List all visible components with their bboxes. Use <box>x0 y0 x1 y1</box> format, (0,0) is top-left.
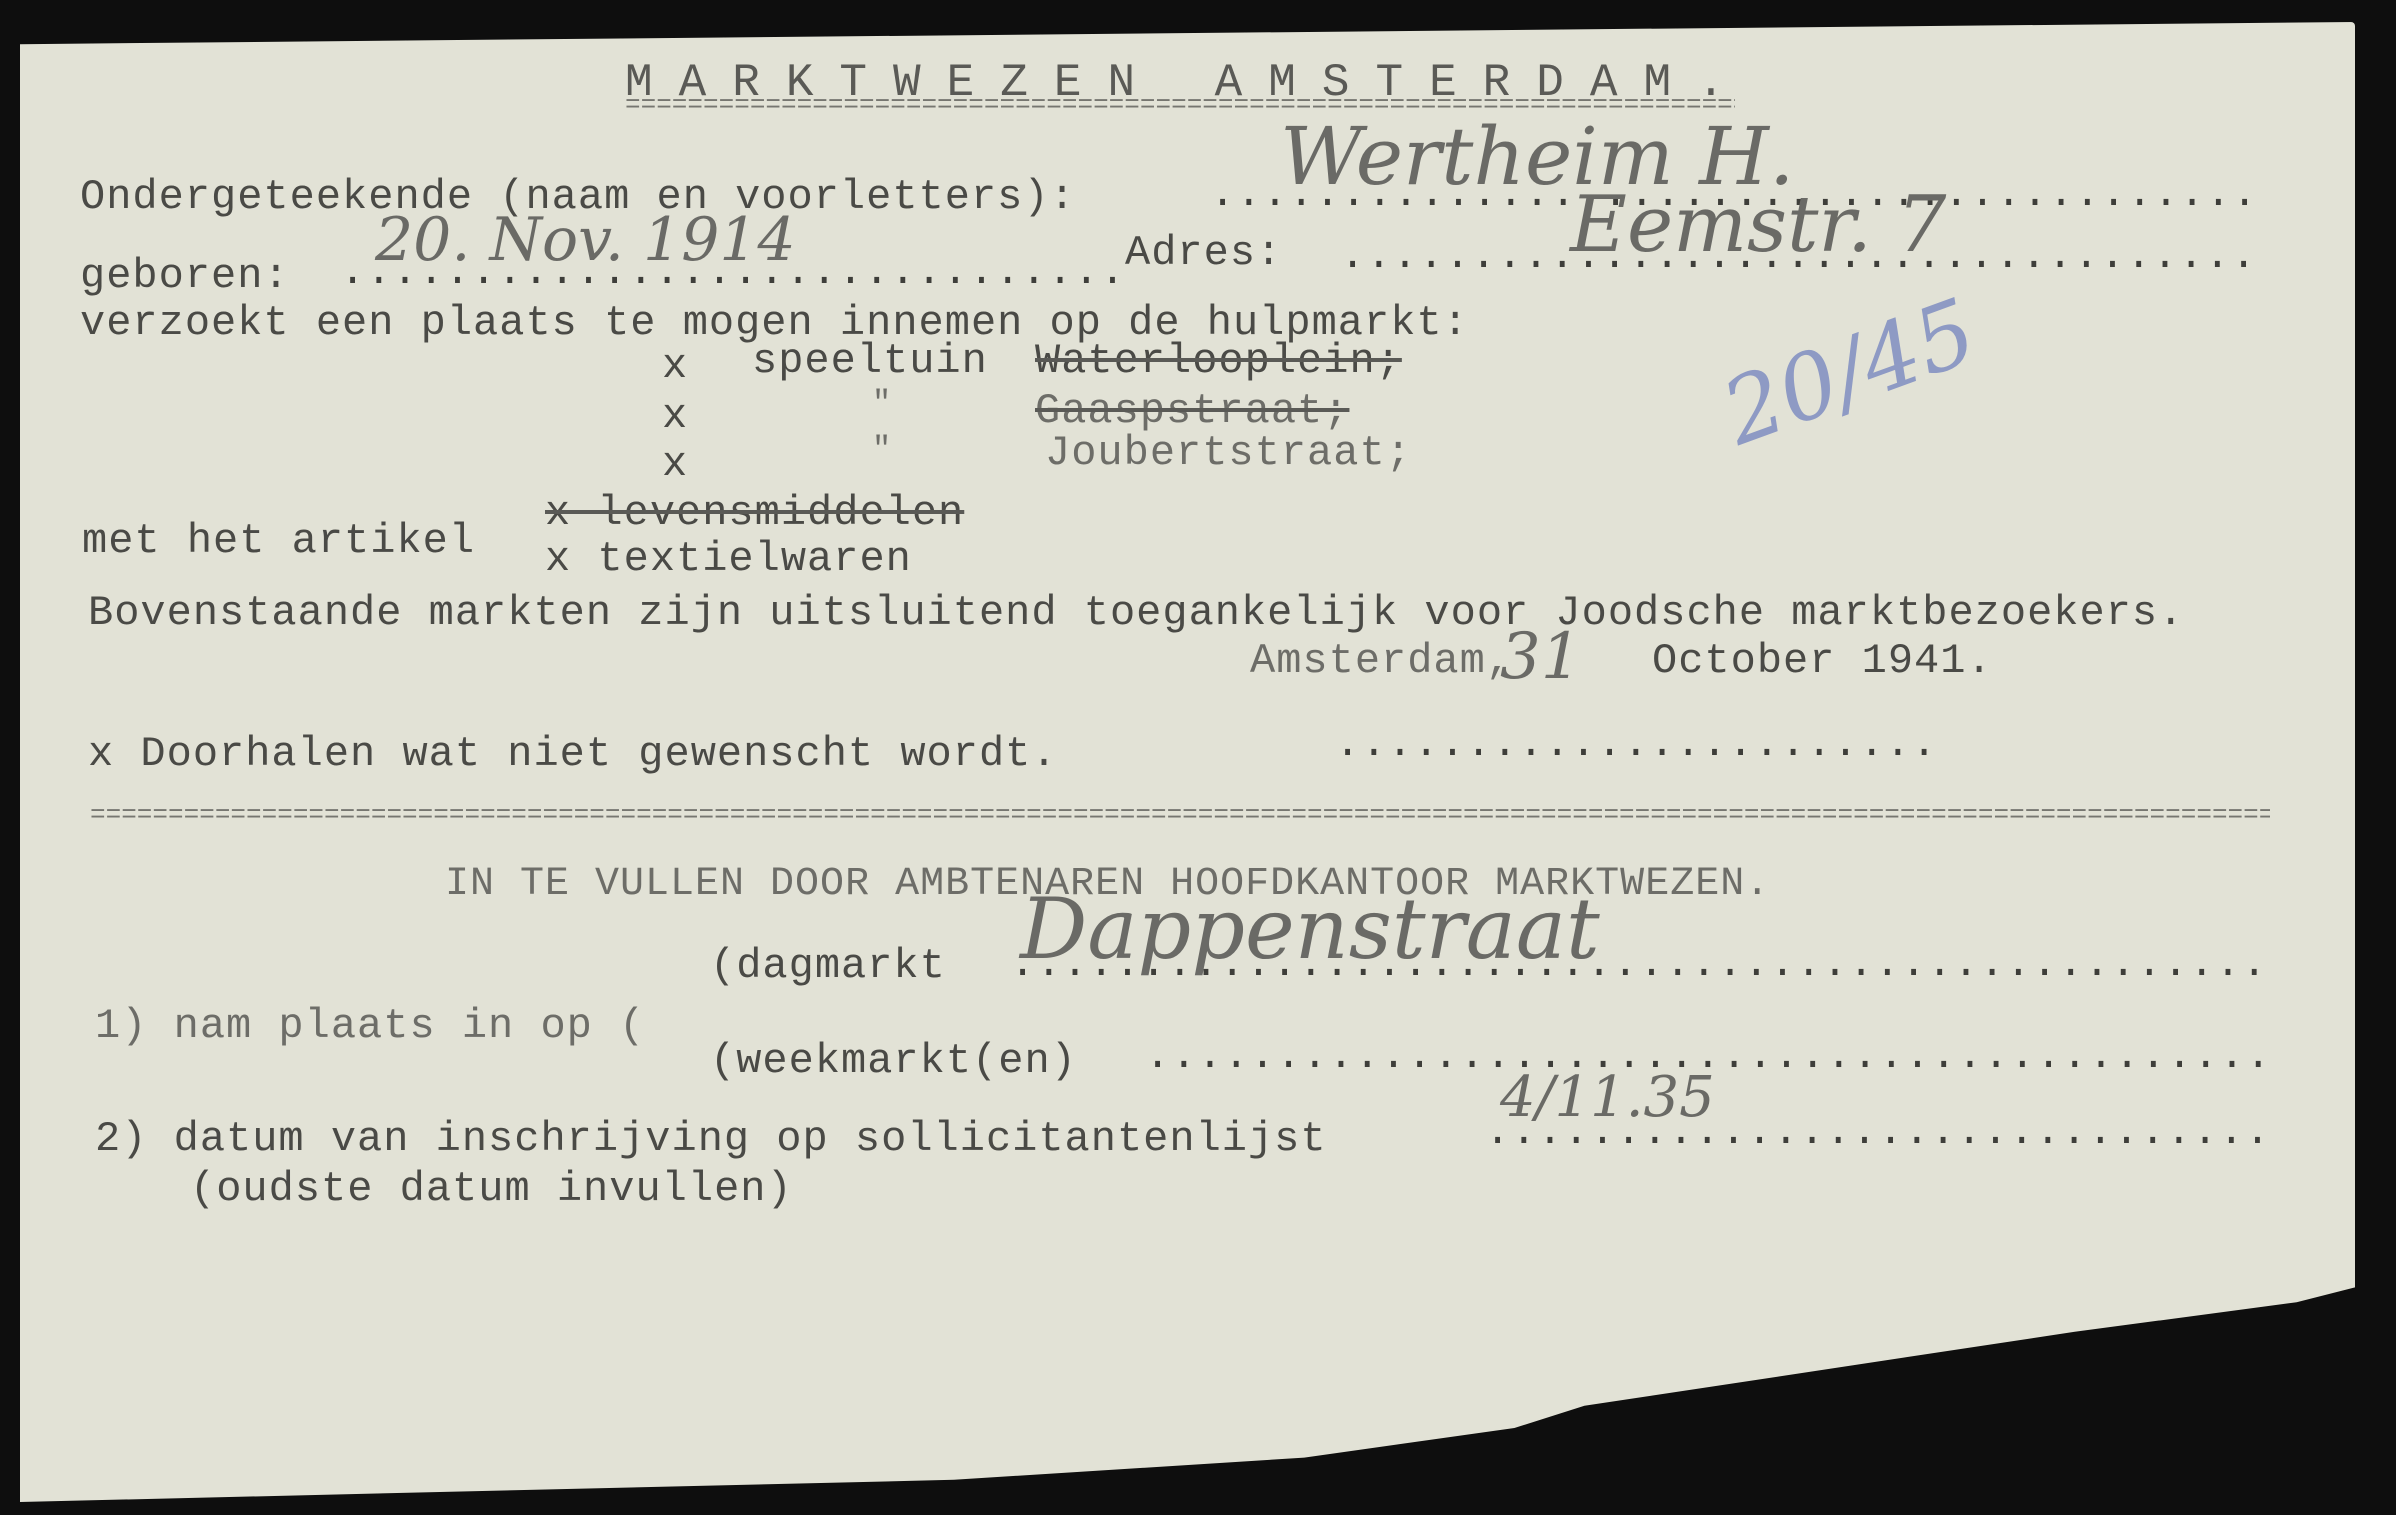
born-label: geboren: <box>80 255 290 297</box>
item1-weekmarkt-label: (weekmarkt(en) <box>710 1040 1077 1082</box>
address-label: Adres: <box>1125 232 1282 274</box>
item2-note: (oudste datum invullen) <box>190 1168 793 1210</box>
address-handwritten: Eemstr. 7 <box>1570 180 1946 270</box>
article-1: x levensmiddelen <box>545 492 964 534</box>
item2-label: 2) datum van inschrijving op sollicitant… <box>95 1118 1327 1160</box>
signature-dotfill: ........................................… <box>1335 720 1945 768</box>
item1-dagmarkt-label: (dagmarkt <box>710 945 946 987</box>
article-label: met het artikel <box>82 520 475 562</box>
born-handwritten: 20. Nov. 1914 <box>375 205 796 275</box>
market-3-marker: x <box>662 443 688 485</box>
place-date-prefix: Amsterdam, <box>1250 640 1512 682</box>
divider-double-line: ========================================… <box>90 808 2270 824</box>
market-2-ditto: " <box>872 388 892 420</box>
market-2-marker: x <box>662 395 688 437</box>
place-date-suffix: October 1941. <box>1652 640 1993 682</box>
market-1-marker: x <box>662 345 688 387</box>
market-2-name: Gaaspstraat; <box>1035 390 1349 432</box>
item2-handwritten-date: 4/11.35 <box>1500 1065 1715 1130</box>
market-1-type: speeltuin <box>752 340 988 382</box>
notice-line: Bovenstaande markten zijn uitsluitend to… <box>88 592 2184 634</box>
footnote: x Doorhalen wat niet gewenscht wordt. <box>88 733 1058 775</box>
place-date-day-handwritten: 31 <box>1500 620 1581 694</box>
market-3-name: Joubertstraat; <box>1045 432 1412 474</box>
market-1-name: Waterlooplein; <box>1035 340 1402 382</box>
article-2: x textielwaren <box>545 538 912 580</box>
market-3-ditto: " <box>872 434 892 466</box>
item1-dagmarkt-handwritten: Dappenstraat <box>1020 880 1600 978</box>
item1-label: 1) nam plaats in op ( <box>95 1005 645 1047</box>
